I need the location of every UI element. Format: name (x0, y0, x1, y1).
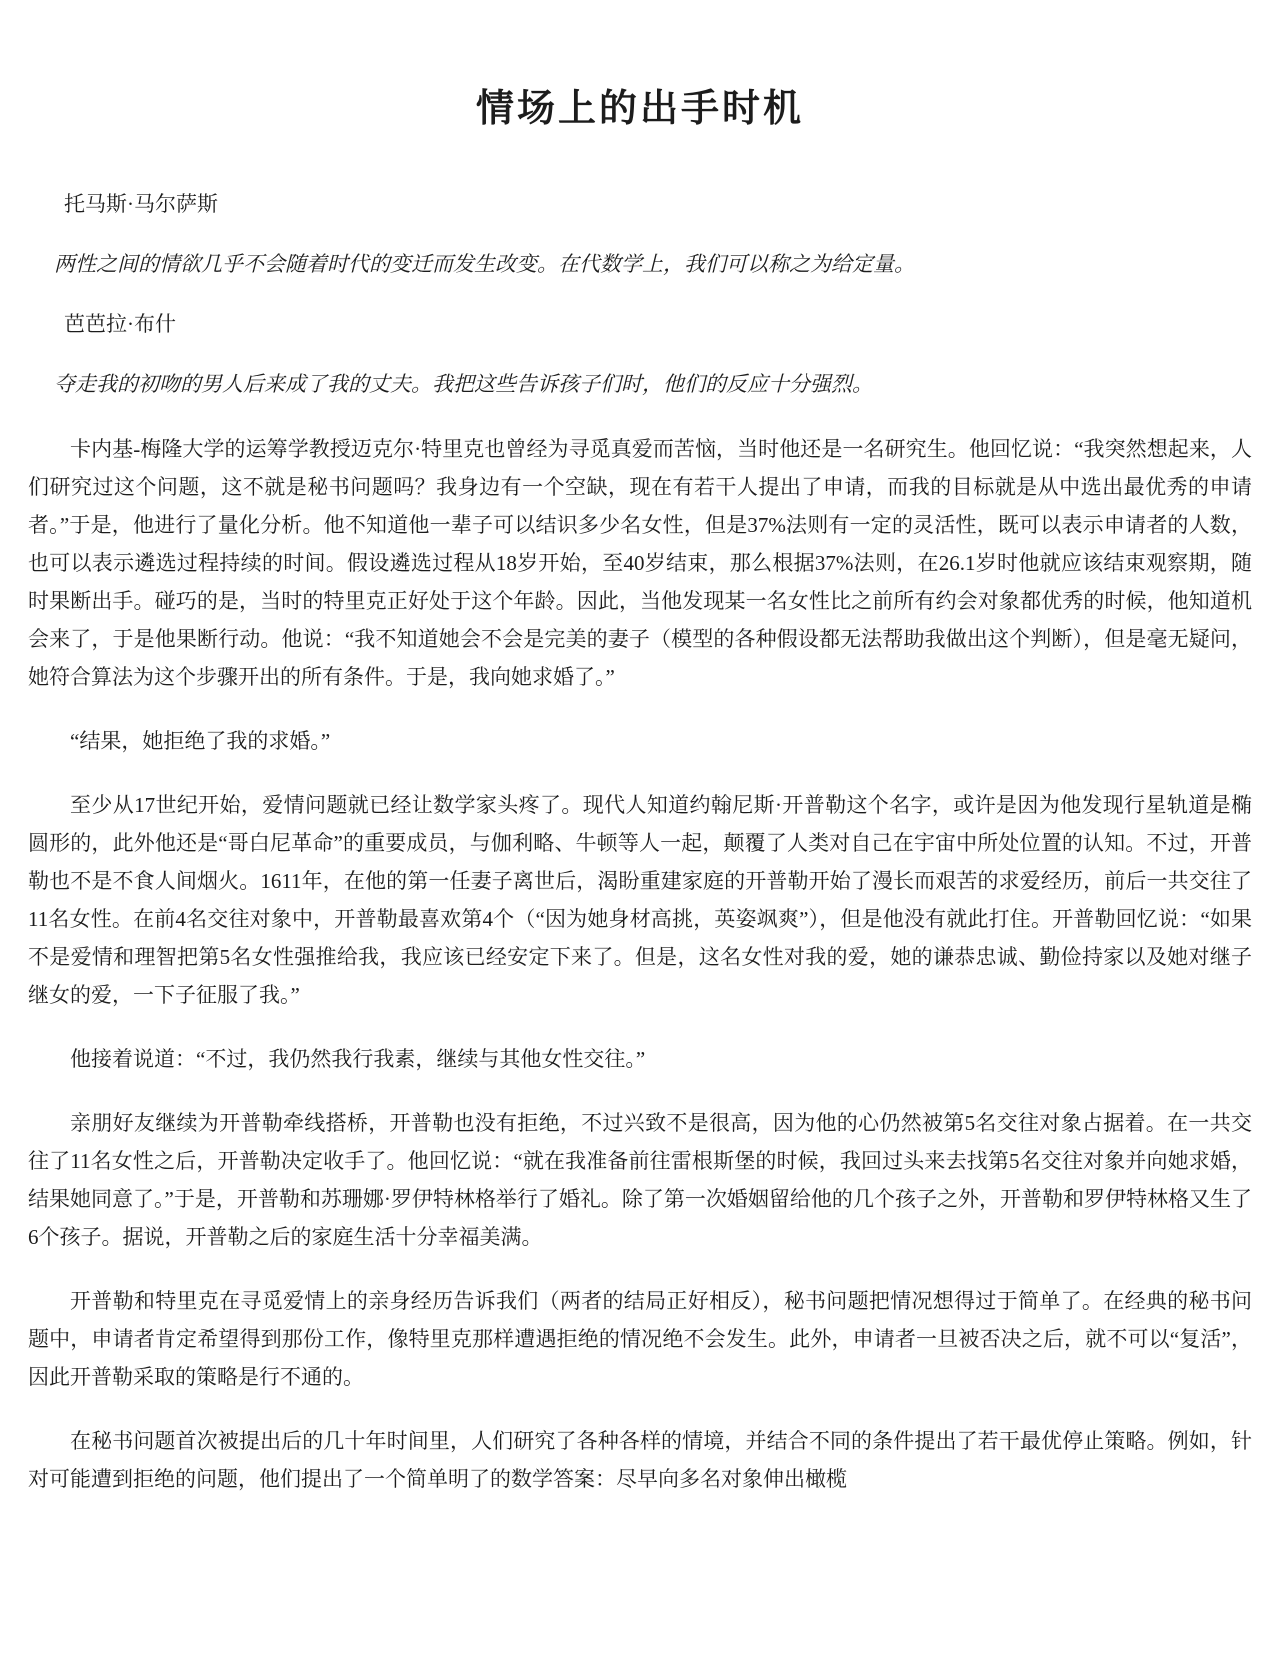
body-paragraph: 他接着说道：“不过，我仍然我行我素，继续与其他女性交往。” (28, 1040, 1252, 1078)
epigraph-block-2: 芭芭拉·布什 夺走我的初吻的男人后来成了我的丈夫。我把这些告诉孩子们时，他们的反… (28, 310, 1252, 398)
body-paragraph: 亲朋好友继续为开普勒牵线搭桥，开普勒也没有拒绝，不过兴致不是很高，因为他的心仍然… (28, 1104, 1252, 1256)
body-paragraph: 在秘书问题首次被提出后的几十年时间里，人们研究了各种各样的情境，并结合不同的条件… (28, 1422, 1252, 1498)
body-paragraph: 开普勒和特里克在寻觅爱情上的亲身经历告诉我们（两者的结局正好相反），秘书问题把情… (28, 1282, 1252, 1396)
epigraph-author: 托马斯·马尔萨斯 (28, 190, 1252, 218)
body-paragraph: 卡内基-梅隆大学的运筹学教授迈克尔·特里克也曾经为寻觅真爱而苦恼，当时他还是一名… (28, 430, 1252, 696)
page-title: 情场上的出手时机 (28, 86, 1252, 132)
document-page: 情场上的出手时机 托马斯·马尔萨斯 两性之间的情欲几乎不会随着时代的变迁而发生改… (0, 0, 1280, 1656)
epigraph-author: 芭芭拉·布什 (28, 310, 1252, 338)
epigraph-quote: 两性之间的情欲几乎不会随着时代的变迁而发生改变。在代数学上，我们可以称之为给定量… (28, 250, 1252, 278)
body-paragraph: “结果，她拒绝了我的求婚。” (28, 722, 1252, 760)
epigraph-quote: 夺走我的初吻的男人后来成了我的丈夫。我把这些告诉孩子们时，他们的反应十分强烈。 (28, 370, 1252, 398)
epigraph-block-1: 托马斯·马尔萨斯 两性之间的情欲几乎不会随着时代的变迁而发生改变。在代数学上，我… (28, 190, 1252, 278)
body-paragraph: 至少从17世纪开始，爱情问题就已经让数学家头疼了。现代人知道约翰尼斯·开普勒这个… (28, 786, 1252, 1014)
